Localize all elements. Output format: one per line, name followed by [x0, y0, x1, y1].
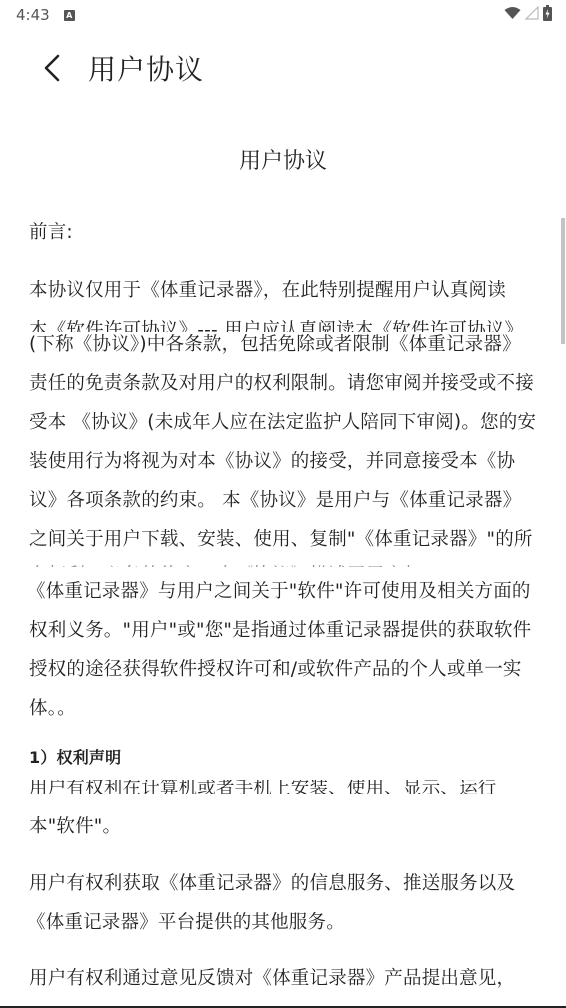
- paragraph-line: (下称《协议》)中各条款，包括免除或者限制《体重记录器》: [29, 330, 521, 356]
- paragraph-line: 受本 《协议》(未成年人应在法定监护人陪同下审阅)。您的安: [29, 408, 536, 434]
- notification-a-icon: A: [64, 10, 75, 21]
- paragraph-line: 用户有权利通过意见反馈对《体重记录器》产品提出意见，: [29, 964, 515, 990]
- paragraph-line: 之间关于用户下载、安装、使用、复制"《体重记录器》"的所: [29, 525, 533, 551]
- paragraph-line: 本协议仅用于《体重记录器》，在此特别提醒用户认真阅读: [29, 276, 506, 302]
- paragraph-line: 责任的免责条款及对用户的权利限制。请您审阅并接受或不接: [29, 369, 534, 395]
- paragraph-line: 议》各项条款的约束。 本《协议》是用户与《体重记录器》: [29, 486, 521, 512]
- agreement-scroll-view[interactable]: 用户协议 前言: 本协议仅用于《体重记录器》，在此特别提醒用户认真阅读 本《软件…: [0, 106, 566, 1008]
- paragraph-line: 权利义务。"用户"或"您"是指通过体重记录器提供的获取软件: [29, 616, 531, 642]
- app-bar: 用户协议: [0, 30, 566, 106]
- paragraph-line: 体。。: [29, 694, 76, 720]
- status-bar: 4:43 A: [0, 0, 566, 30]
- paragraph-line-partial: 用户有权利在计算机或者手机上安装、使用、显示、运行: [29, 780, 497, 794]
- paragraph-line: 《体重记录器》平台提供的其他服务。: [27, 908, 345, 934]
- scrollbar-thumb[interactable]: [561, 218, 565, 344]
- document-title: 用户协议: [0, 144, 566, 175]
- paragraph-line: 装使用行为将视为对本《协议》的接受，并同意接受本《协: [29, 447, 515, 473]
- paragraph-line-text: 用户有权利在计算机或者手机上安装、使用、显示、运行: [29, 780, 497, 794]
- preface-label: 前言:: [29, 218, 73, 244]
- battery-charging-icon: [543, 5, 552, 25]
- paragraph-line: 用户有权利获取《体重记录器》的信息服务、推送服务以及: [29, 869, 515, 895]
- paragraph-line: 本"软件"。: [29, 812, 121, 838]
- cell-signal-icon: [525, 6, 539, 24]
- back-button[interactable]: [22, 38, 82, 98]
- section-heading: 1）权利声明: [29, 745, 121, 768]
- paragraph-line-text: 有权利、义务的约定。本《协议》描述了用户与: [29, 565, 422, 567]
- paragraph-line: 《体重记录器》与用户之间关于"软件"许可使用及相关方面的: [27, 577, 531, 603]
- status-time: 4:43: [16, 6, 50, 24]
- app-title: 用户协议: [88, 48, 204, 88]
- wifi-icon: [504, 6, 521, 24]
- paragraph-line-partial: 有权利、义务的约定。本《协议》描述了用户与: [29, 561, 422, 567]
- chevron-left-icon: [40, 53, 64, 83]
- paragraph-line: 授权的途径获得软件授权许可和/或软件产品的个人或单一实: [29, 655, 522, 681]
